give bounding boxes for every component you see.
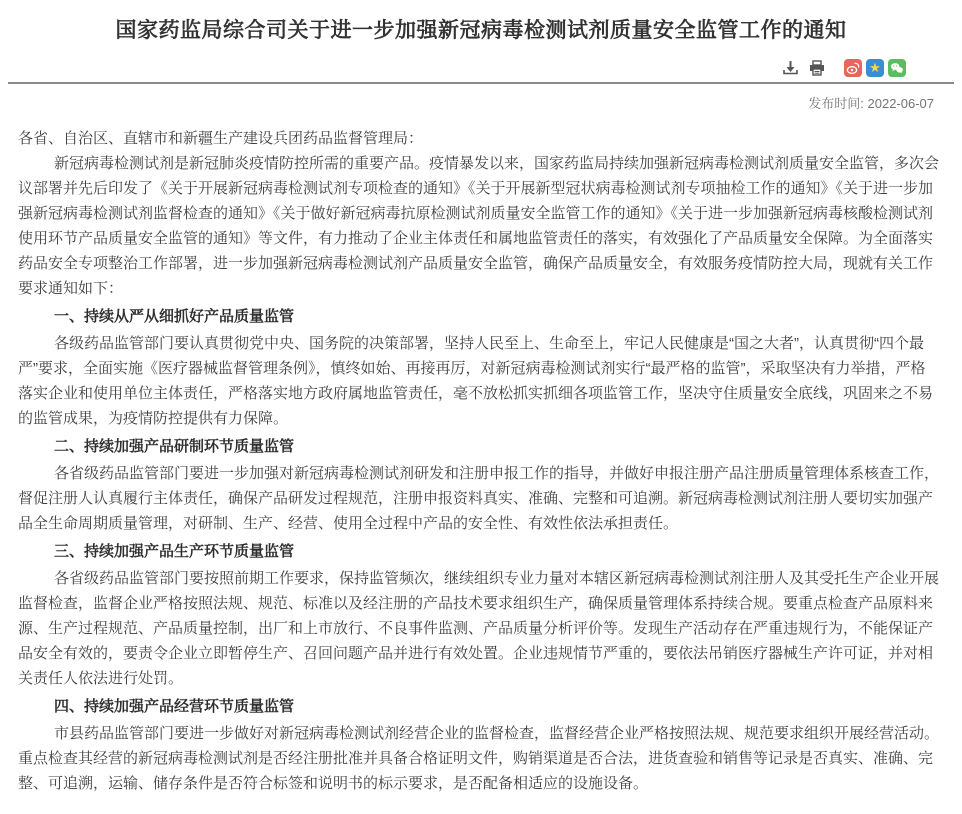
section-1-paragraph: 各级药品监管部门要认真贯彻党中央、国务院的决策部署，坚持人民至上、生命至上，牢记… bbox=[18, 331, 940, 431]
section-2-paragraph: 各省级药品监管部门要进一步加强对新冠病毒检测试剂研发和注册申报工作的指导，并做好… bbox=[18, 461, 940, 536]
publish-date-label: 发布时间: bbox=[808, 96, 864, 111]
toolbar: ★ bbox=[0, 56, 962, 82]
section-1-heading: 一、持续从严从细抓好产品质量监管 bbox=[18, 304, 940, 329]
salutation: 各省、自治区、直辖市和新疆生产建设兵团药品监督管理局： bbox=[18, 126, 940, 151]
section-2-heading: 二、持续加强产品研制环节质量监管 bbox=[18, 434, 940, 459]
document-body: 各省、自治区、直辖市和新疆生产建设兵团药品监督管理局： 新冠病毒检测试剂是新冠肺… bbox=[0, 112, 962, 814]
print-icon[interactable] bbox=[807, 59, 827, 77]
publish-date-value: 2022-06-07 bbox=[868, 96, 935, 111]
publish-date: 发布时间: 2022-06-07 bbox=[0, 84, 962, 112]
section-3-heading: 三、持续加强产品生产环节质量监管 bbox=[18, 539, 940, 564]
page-title: 国家药监局综合司关于进一步加强新冠病毒检测试剂质量安全监管工作的通知 bbox=[0, 10, 962, 56]
section-4-heading: 四、持续加强产品经营环节质量监管 bbox=[18, 694, 940, 719]
section-4-paragraph: 市县药品监管部门要进一步做好对新冠病毒检测试剂经营企业的监督检查，监督经营企业严… bbox=[18, 721, 940, 796]
weibo-share-icon[interactable] bbox=[844, 59, 862, 77]
intro-paragraph: 新冠病毒检测试剂是新冠肺炎疫情防控所需的重要产品。疫情暴发以来，国家药监局持续加… bbox=[18, 151, 940, 301]
notice-page: 国家药监局综合司关于进一步加强新冠病毒检测试剂质量安全监管工作的通知 bbox=[0, 0, 962, 814]
section-3-paragraph: 各省级药品监管部门要按照前期工作要求，保持监管频次，继续组织专业力量对本辖区新冠… bbox=[18, 566, 940, 691]
qzone-share-icon[interactable]: ★ bbox=[866, 59, 884, 77]
download-icon[interactable] bbox=[780, 59, 800, 77]
qzone-star-glyph: ★ bbox=[869, 61, 881, 74]
share-buttons: ★ bbox=[844, 59, 906, 77]
wechat-share-icon[interactable] bbox=[888, 59, 906, 77]
